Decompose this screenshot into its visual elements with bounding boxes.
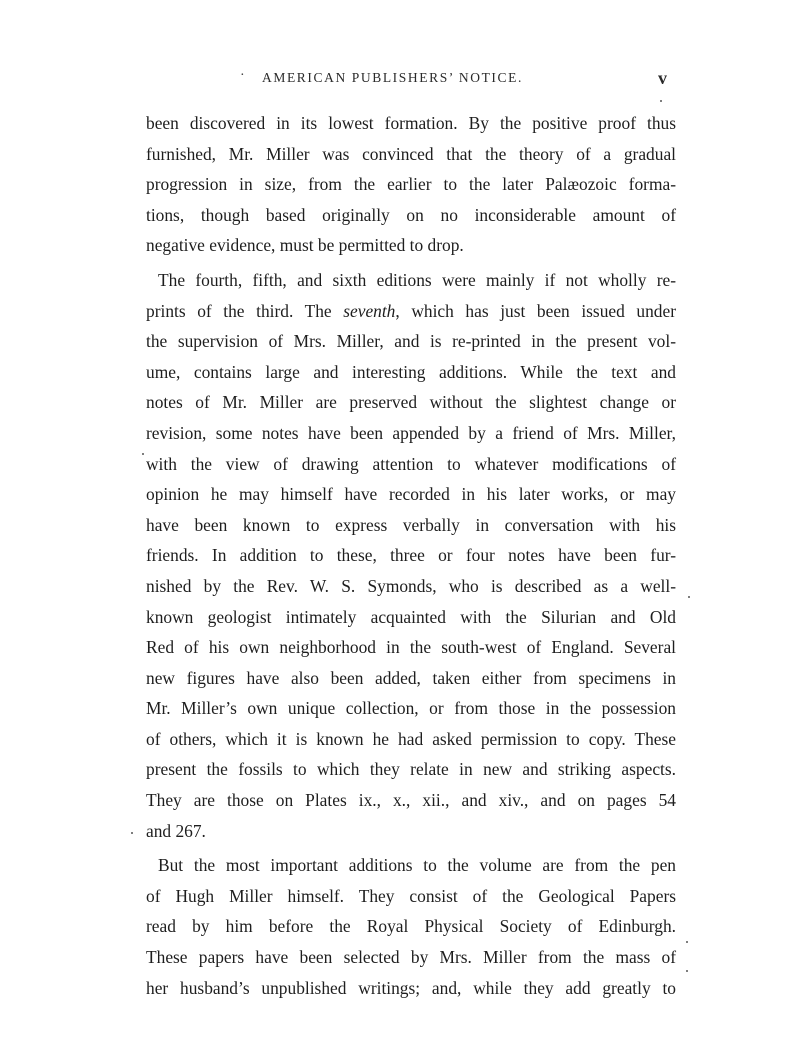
text-line: of Hugh Miller himself. They consist of … [146, 881, 676, 912]
text-line: The fourth, fifth, and sixth editions we… [146, 265, 676, 296]
paragraph-2: The fourth, fifth, and sixth editions we… [146, 265, 676, 846]
text-line: the supervision of Mrs. Miller, and is r… [146, 326, 676, 357]
scan-speck [142, 453, 144, 455]
text-line: her husband’s unpublished writings; and,… [146, 973, 676, 1004]
text-line: They are those on Plates ix., x., xii., … [146, 785, 676, 816]
italic-word: seventh [343, 301, 395, 321]
text-segment: , which has just been issued under [395, 301, 676, 321]
running-head-title: AMERICAN PUBLISHERS’ NOTICE. [262, 70, 523, 86]
book-page: · AMERICAN PUBLISHERS’ NOTICE. v been di… [0, 0, 800, 1050]
text-line: with the view of drawing attention to wh… [146, 449, 676, 480]
text-line: Mr. Miller’s own unique collection, or f… [146, 693, 676, 724]
scan-speck [686, 941, 688, 943]
running-head: · AMERICAN PUBLISHERS’ NOTICE. v [140, 66, 680, 90]
text-line: These papers have been selected by Mrs. … [146, 942, 676, 973]
text-line: furnished, Mr. Miller was convinced that… [146, 139, 676, 170]
scan-speck [131, 832, 133, 834]
text-line: Red of his own neighborhood in the south… [146, 632, 676, 663]
text-line: notes of Mr. Miller are preserved withou… [146, 387, 676, 418]
scan-speck [686, 970, 688, 972]
page-number: v [658, 68, 667, 89]
text-line: and 267. [146, 816, 676, 847]
text-line: tions, though based originally on no inc… [146, 200, 676, 231]
text-line: known geologist intimately acquainted wi… [146, 602, 676, 633]
text-line: of others, which it is known he had aske… [146, 724, 676, 755]
text-line: negative evidence, must be permitted to … [146, 230, 676, 261]
text-line: nished by the Rev. W. S. Symonds, who is… [146, 571, 676, 602]
text-line: been discovered in its lowest formation.… [146, 108, 676, 139]
text-line: progression in size, from the earlier to… [146, 169, 676, 200]
scan-speck [660, 100, 662, 102]
text-line: present the fossils to which they relate… [146, 754, 676, 785]
text-segment: prints of the third. The [146, 301, 343, 321]
text-line: have been known to express verbally in c… [146, 510, 676, 541]
scan-speck [688, 596, 690, 598]
text-line: prints of the third. The seventh, which … [146, 296, 676, 327]
text-line: opinion he may himself have recorded in … [146, 479, 676, 510]
text-line: read by him before the Royal Physical So… [146, 911, 676, 942]
text-line: ume, contains large and interesting addi… [146, 357, 676, 388]
text-line: revision, some notes have been appended … [146, 418, 676, 449]
paragraph-1: been discovered in its lowest formation.… [146, 108, 676, 261]
text-line: But the most important additions to the … [146, 850, 676, 881]
text-line: friends. In addition to these, three or … [146, 540, 676, 571]
body-text: been discovered in its lowest formation.… [146, 108, 676, 1003]
text-line: new figures have also been added, taken … [146, 663, 676, 694]
header-ornament: · [240, 68, 245, 84]
paragraph-3: But the most important additions to the … [146, 850, 676, 1003]
